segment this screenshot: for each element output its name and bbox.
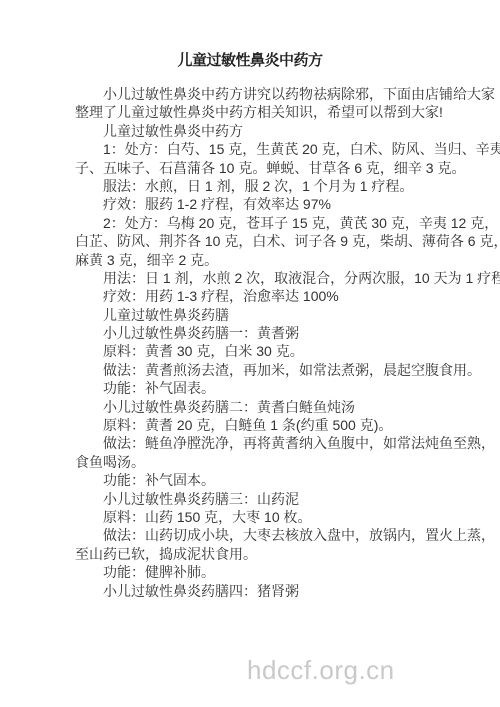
text-line: 功能：补气固本。 — [75, 471, 444, 489]
text-line: 疗效：服药 1-2 疗程，有效率达 97% — [75, 195, 444, 213]
document-body: 小儿过敏性鼻炎中药方讲究以药物祛病除邪，下面由店铺给大家整理了儿童过敏性鼻炎中药… — [0, 85, 500, 600]
text-line: 麻黄 3 克，细辛 2 克。 — [75, 251, 444, 269]
text-line: 1：处方：白芍、15 克，生黄芪 20 克，白术、防风、当归、辛夷 — [75, 140, 444, 158]
text-line: 小儿过敏性鼻炎中药方讲究以药物祛病除邪，下面由店铺给大家 — [75, 85, 444, 103]
text-line: 服法：水煎，日 1 剂，服 2 次，1 个月为 1 疗程。 — [75, 177, 444, 195]
text-line: 原料：黄耆 20 克，白鲢鱼 1 条(约重 500 克)。 — [75, 416, 444, 434]
text-line: 功能：健脾补肺。 — [75, 563, 444, 581]
text-line: 用法：日 1 剂，水煎 2 次，取液混合，分两次服，10 天为 1 疗程。 — [75, 269, 444, 287]
text-line: 儿童过敏性鼻炎中药方 — [75, 122, 444, 140]
text-line: 儿童过敏性鼻炎药膳 — [75, 306, 444, 324]
document-page: 儿童过敏性鼻炎中药方 小儿过敏性鼻炎中药方讲究以药物祛病除邪，下面由店铺给大家整… — [0, 0, 500, 707]
text-line: 白芷、防风、荆芥各 10 克，白术、诃子各 9 克，柴胡、薄荷各 6 克， — [75, 232, 444, 250]
text-line: 做法：鲢鱼净膛洗净，再将黄耆纳入鱼腹中，如常法炖鱼至熟， — [75, 434, 444, 452]
text-line: 2：处方：乌梅 20 克，苍耳子 15 克，黄芪 30 克，辛夷 12 克， — [75, 214, 444, 232]
text-line: 疗效：用药 1-3 疗程，治愈率达 100% — [75, 287, 444, 305]
text-line: 做法：黄耆煎汤去渣，再加米，如常法煮粥，晨起空腹食用。 — [75, 361, 444, 379]
text-line: 小儿过敏性鼻炎药膳四：猪肾粥 — [75, 582, 444, 600]
text-line: 子、五味子、石菖蒲各 10 克。蝉蜕、甘草各 6 克，细辛 3 克。 — [75, 159, 444, 177]
page-title: 儿童过敏性鼻炎中药方 — [0, 50, 500, 72]
text-line: 小儿过敏性鼻炎药膳三：山药泥 — [75, 490, 444, 508]
text-line: 小儿过敏性鼻炎药膳一：黄耆粥 — [75, 324, 444, 342]
text-line: 整理了儿童过敏性鼻炎中药方相关知识，希望可以帮到大家! — [75, 103, 444, 121]
watermark: hdccf.org.cn — [247, 655, 395, 685]
text-line: 做法：山药切成小块，大枣去核放入盘中，放锅内，置火上蒸， — [75, 526, 444, 544]
text-line: 小儿过敏性鼻炎药膳二：黄耆白鲢鱼炖汤 — [75, 398, 444, 416]
text-line: 功能：补气固表。 — [75, 379, 444, 397]
text-line: 食鱼喝汤。 — [75, 453, 444, 471]
text-line: 原料：山药 150 克，大枣 10 枚。 — [75, 508, 444, 526]
text-line: 原料：黄耆 30 克，白米 30 克。 — [75, 342, 444, 360]
text-line: 至山药已软，捣成泥状食用。 — [75, 545, 444, 563]
